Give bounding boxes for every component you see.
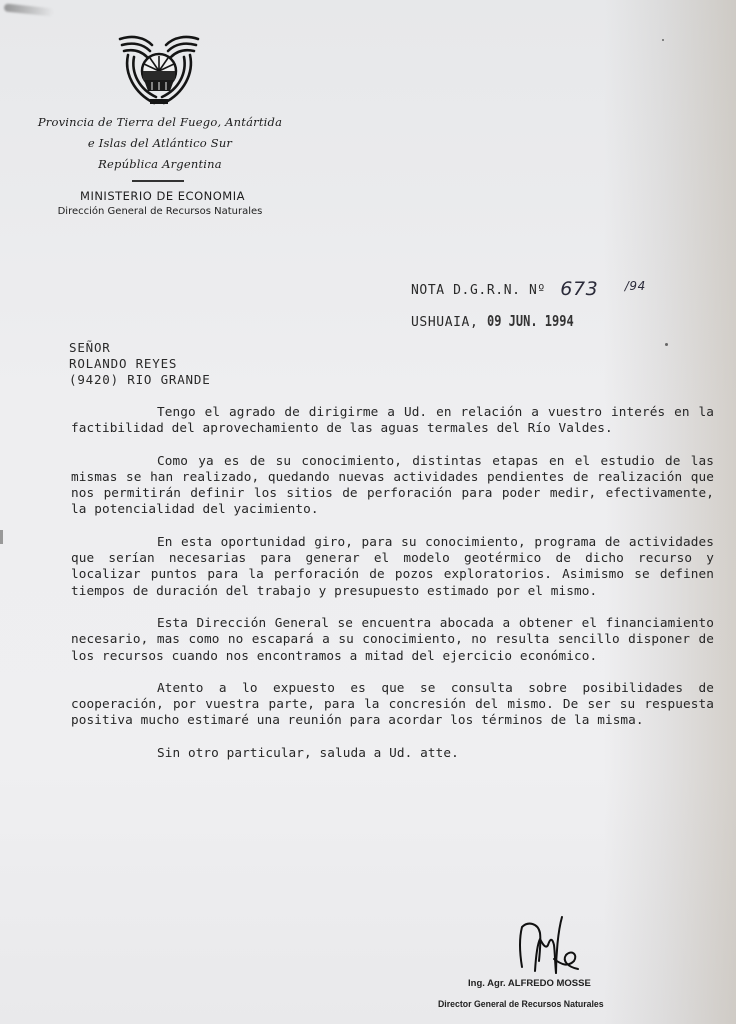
header-divider [132, 180, 184, 182]
paper-smudge [4, 3, 55, 16]
place: USHUAIA, [411, 315, 478, 330]
direction-name: Dirección General de Recursos Naturales [30, 206, 290, 217]
recipient-block: SEÑOR ROLANDO REYES (9420) RIO GRANDE [69, 340, 211, 388]
coat-of-arms-icon [114, 33, 204, 109]
paper-speck [662, 39, 664, 41]
letter-page: Provincia de Tierra del Fuego, Antártida… [0, 0, 736, 1024]
province-header: Provincia de Tierra del Fuego, Antártida… [30, 112, 290, 175]
note-year: /94 [625, 279, 646, 293]
body-paragraph: Esta Dirección General se encuentra aboc… [71, 615, 714, 664]
ministry-name: MINISTERIO DE ECONOMIA [40, 189, 285, 203]
province-line: e Islas del Atlántico Sur [30, 133, 290, 154]
signer-name: Ing. Agr. ALFREDO MOSSE [468, 978, 591, 989]
body-paragraph: Como ya es de su conocimiento, distintas… [71, 453, 714, 518]
recipient-name: ROLANDO REYES [69, 356, 211, 372]
province-line: Provincia de Tierra del Fuego, Antártida [30, 112, 290, 133]
binding-mark [0, 530, 3, 544]
recipient-salutation: SEÑOR [69, 340, 211, 356]
recipient-location: (9420) RIO GRANDE [69, 372, 211, 388]
province-line: República Argentina [30, 154, 290, 175]
body-paragraph: Tengo el agrado de dirigirme a Ud. en re… [71, 404, 714, 437]
letter-body: Tengo el agrado de dirigirme a Ud. en re… [71, 404, 714, 777]
signature-icon [508, 915, 608, 975]
paper-speck [665, 343, 668, 346]
place-date: USHUAIA, 09 JUN. 1994 [411, 312, 595, 330]
date-stamp: 09 JUN. 1994 [487, 312, 574, 330]
body-paragraph: Atento a lo expuesto es que se consulta … [71, 680, 714, 729]
note-reference: NOTA D.G.R.N. Nº 673 /94 [411, 278, 646, 300]
body-paragraph: En esta oportunidad giro, para su conoci… [71, 534, 714, 599]
note-number: 673 [560, 278, 598, 300]
signer-title: Director General de Recursos Naturales [438, 999, 604, 1010]
closing-line: Sin otro particular, saluda a Ud. atte. [71, 745, 714, 761]
note-label: NOTA D.G.R.N. Nº [411, 283, 546, 298]
